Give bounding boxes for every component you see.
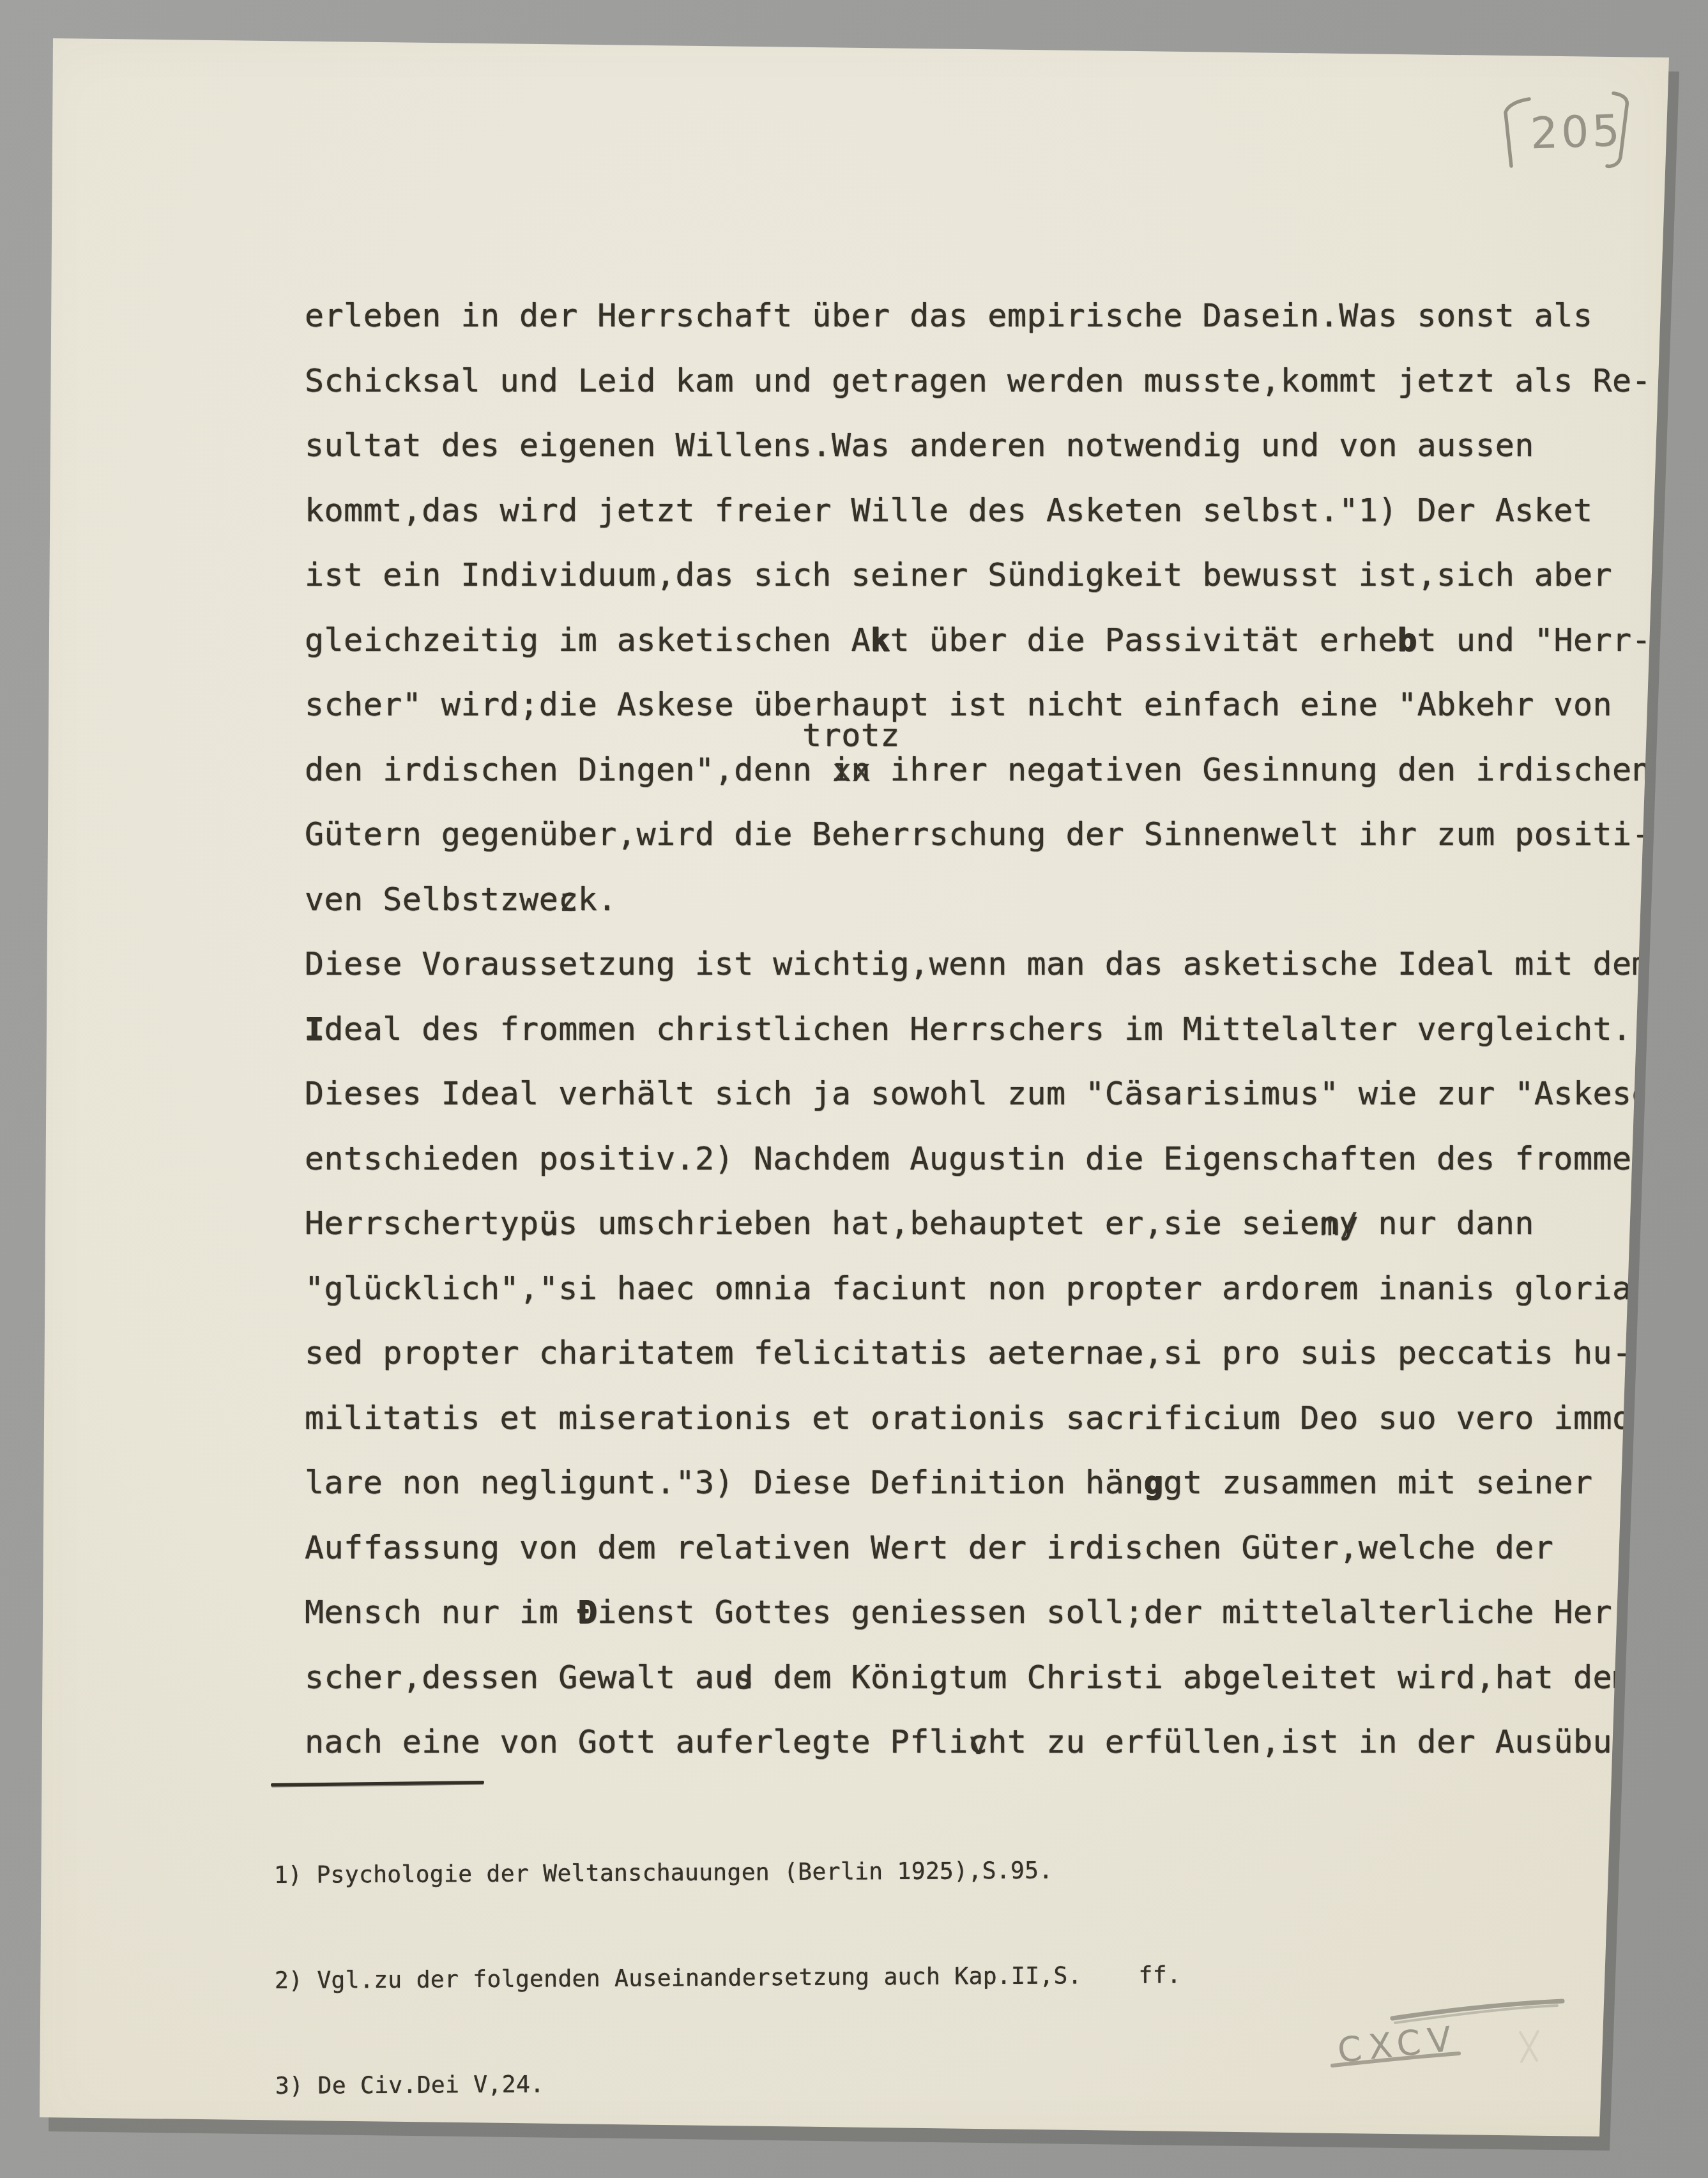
typescript-line: nach eine von Gott auferlegte Pflicvht z… [305, 1710, 1651, 1775]
footnote-2: 2) Vgl.zu der folgenden Auseinandersetzu… [275, 1957, 1182, 1998]
text-run: ienst Gottes geniessen soll;der mittelal… [597, 1594, 1651, 1631]
text-run: Herrschertyp [305, 1205, 539, 1242]
text-run: ht zu erfüllen,ist in der Ausübung [987, 1723, 1651, 1760]
text-run: sed propter charitatem felicitatis aeter… [305, 1334, 1632, 1371]
overstrike-correction: uü [539, 1191, 559, 1256]
typescript-line: gleichzeitig im asketischen Akt über die… [305, 608, 1651, 673]
text-run: I [305, 1010, 324, 1047]
text-run: Dieses Ideal verhält sich ja sowohl zum … [305, 1075, 1632, 1112]
text-run: t und "Herr- [1417, 621, 1652, 659]
typescript-line: Dieses Ideal verhält sich ja sowohl zum … [305, 1062, 1651, 1127]
text-run: k [871, 621, 890, 659]
interlinear-insertion: trotzinxx [832, 738, 871, 803]
typescript-line: lare non negligunt."3) Diese Definition … [305, 1451, 1651, 1516]
text-run: scher" wird;die Askese überhaupt ist nic… [305, 686, 1612, 723]
text-run: den irdischen Dingen",denn [305, 751, 832, 788]
typescript-line: kommt,das wird jetzt freier Wille des As… [305, 478, 1651, 544]
typescript-line: Diese Voraussetzung ist wichtig,wenn man… [305, 932, 1651, 997]
text-run: militatis et miserationis et orationis s… [305, 1399, 1651, 1436]
overstrike-correction: y/ [1339, 1191, 1359, 1256]
text-run: Mensch nur im [305, 1594, 578, 1631]
text-run: erleben in der Herrschaft über das empir… [305, 297, 1592, 334]
overstrike-correction: cv [968, 1710, 988, 1775]
text-run: gleichzeitig im asketischen A [305, 621, 871, 659]
typescript-line: ven Selbstzweczk. [305, 867, 1651, 933]
text-run: s umschrieben hat,behauptet er,sie seie [558, 1205, 1320, 1242]
text-run: nur dann [1359, 1205, 1534, 1242]
text-run: nach eine von Gott auferlegte Pfli [305, 1723, 968, 1760]
typescript-line: Schicksal und Leid kam und getragen werd… [305, 349, 1651, 414]
pencil-bracket-left-icon [1506, 99, 1529, 166]
typescript-line: "glücklich","si haec omnia faciunt non p… [305, 1256, 1651, 1321]
text-run: dem Königtum Christi abgeleitet wird,hat… [754, 1659, 1651, 1696]
text-run: Gütern gegenüber,wird die Beherrschung d… [305, 816, 1651, 853]
text-run: Diese Voraussetzung ist wichtig,wenn man… [305, 945, 1651, 982]
pencil-overline-icon [1392, 2001, 1562, 2018]
text-run: Auffassung von dem relativen Wert der ir… [305, 1529, 1553, 1566]
overstrike-correction: cz [558, 867, 578, 933]
text-run: gt zusammen mit seiner [1163, 1464, 1592, 1501]
text-run: kommt,das wird jetzt freier Wille des As… [305, 492, 1592, 529]
typescript-line: Herrschertypuüs umschrieben hat,behaupte… [305, 1191, 1651, 1256]
typescript-line: scher" wird;die Askese überhaupt ist nic… [305, 673, 1651, 738]
typescript-line: Auffassung von dem relativen Wert der ir… [305, 1516, 1651, 1581]
typescript-line: erleben in der Herrschaft über das empir… [305, 284, 1651, 349]
pencil-scribble-icon [1520, 2031, 1538, 2062]
typescript-line: sed propter charitatem felicitatis aeter… [305, 1321, 1651, 1386]
typescript-line: entschieden positiv.2) Nachdem Augustin … [305, 1127, 1651, 1192]
scan-background: erleben in der Herrschaft über das empir… [0, 0, 1708, 2178]
pencil-page-number: 205 [1463, 82, 1648, 184]
text-run: ist ein Individuum,das sich seiner Sündi… [305, 556, 1612, 593]
typescript-line: Mensch nur im Đienst Gottes geniessen so… [305, 1580, 1651, 1645]
pencil-roman-numeral-text: CXCV [1336, 2018, 1460, 2071]
text-run: sultat des eigenen Willens.Was anderen n… [305, 427, 1534, 464]
text-run: Đ [578, 1594, 598, 1631]
text-run: lare non negligunt."3) Diese Definition … [305, 1464, 1144, 1501]
footnote-3: 3) De Civ.Dei V,24. [275, 2062, 1182, 2103]
text-run: t über die Passivität erhe [890, 621, 1398, 659]
pencil-roman-numeral: CXCV [1309, 1986, 1578, 2082]
footnotes-block: 1) Psychologie der Weltanschauungen (Ber… [273, 1781, 1182, 2174]
text-run: entschieden positiv.2) Nachdem Augustin … [305, 1140, 1651, 1177]
overstrike-correction: ds [734, 1645, 754, 1710]
text-run: Schicksal und Leid kam und getragen werd… [305, 362, 1651, 399]
typewritten-text-block: erleben in der Herrschaft über das empir… [305, 284, 1651, 1775]
text-run: b [1398, 621, 1417, 659]
text-run: ven Selbstzwe [305, 881, 558, 918]
footnote-1: 1) Psychologie der Weltanschauungen (Ber… [274, 1852, 1181, 1892]
typescript-line: den irdischen Dingen",denn trotzinxx ihr… [305, 738, 1651, 803]
overstrike-correction: inxx [832, 738, 871, 803]
typescript-line: scher,dessen Gewalt auds dem Königtum Ch… [305, 1645, 1651, 1710]
typescript-line: sultat des eigenen Willens.Was anderen n… [305, 413, 1651, 478]
text-run: g [1144, 1464, 1164, 1501]
typescript-line: ist ein Individuum,das sich seiner Sündi… [305, 543, 1651, 608]
typescript-line: militatis et miserationis et orationis s… [305, 1386, 1651, 1451]
text-run: scher,dessen Gewalt au [305, 1659, 734, 1696]
text-run: deal des frommen christlichen Herrschers… [324, 1010, 1632, 1047]
document-page: erleben in der Herrschaft über das empir… [0, 0, 1708, 2178]
text-run: ihrer negativen Gesinnung den irdischen [871, 751, 1651, 788]
typescript-line: Ideal des frommen christlichen Herrscher… [305, 997, 1651, 1062]
typescript-line: Gütern gegenüber,wird die Beherrschung d… [305, 802, 1651, 867]
overstrike-correction: nm [1320, 1191, 1339, 1256]
text-run: "glücklich","si haec omnia faciunt non p… [305, 1270, 1651, 1307]
text-run: k. [578, 881, 617, 918]
pencil-page-number-digits: 205 [1530, 106, 1624, 160]
